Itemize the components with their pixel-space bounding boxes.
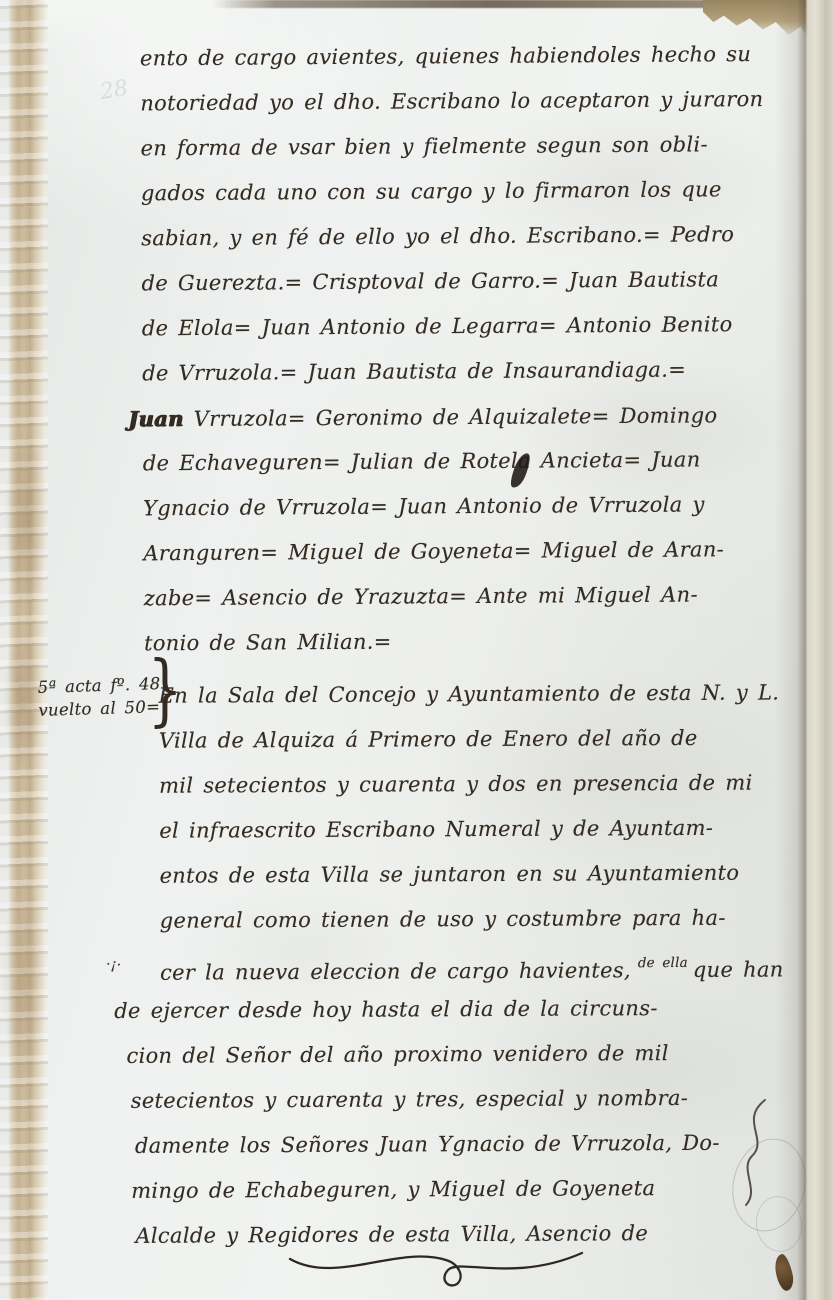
interlinear-insertion: de ella: [638, 955, 688, 971]
manuscript-line: ento de cargo avientes, quienes habiendo…: [140, 32, 808, 82]
manuscript-line: general como tienen de uso y costumbre p…: [160, 895, 810, 943]
faint-page-number: 28: [98, 76, 130, 105]
margin-note-line: vuelto al 50=: [38, 695, 162, 722]
manuscript-line: cion del Señor del año proximo venidero …: [126, 1030, 810, 1079]
manuscript-line: de Vrruzola.= Juan Bautista de Insaurand…: [142, 347, 810, 397]
manuscript-line: tonio de San Milian.=: [144, 617, 812, 667]
manuscript-text-block-acta5: En la Sala del Concejo y Ayuntamiento de…: [158, 670, 811, 1258]
margin-note-acta-reference: 5ª acta fº. 48 vuelto al 50=: [37, 672, 161, 722]
manuscript-line: Aranguren= Miguel de Goyeneta= Miguel de…: [143, 527, 811, 577]
manuscript-line: gados cada uno con su cargo y lo firmaro…: [141, 167, 809, 217]
manuscript-line: zabe= Asencio de Yrazuzta= Ante mi Migue…: [144, 572, 812, 622]
manuscript-line: Villa de Alquiza á Primero de Enero del …: [159, 715, 809, 763]
manuscript-line: cer la nueva eleccion de cargo havientes…: [160, 940, 810, 988]
manuscript-line: damente los Señores Juan Ygnacio de Vrru…: [135, 1120, 811, 1169]
manuscript-line: el infraescrito Escribano Numeral y de A…: [159, 805, 809, 853]
manuscript-line: en forma de vsar bien y fielmente segun …: [140, 122, 808, 172]
manuscript-line: notoriedad yo el dho. Escribano lo acept…: [140, 77, 808, 127]
manuscript-line: setecientos y cuarenta y tres, especial …: [131, 1075, 811, 1124]
book-binding-edge: [0, 0, 48, 1300]
manuscript-text-block-1: ento de cargo avientes, quienes habiendo…: [140, 32, 812, 667]
manuscript-line: entos de esta Villa se juntaron en su Ay…: [159, 850, 809, 898]
manuscript-line: Juan Vrruzola= Geronimo de Alquizalete= …: [128, 392, 810, 442]
manuscript-line-part: que han: [693, 957, 784, 981]
manuscript-line: de ejercer desde hoy hasta el dia de la …: [114, 985, 810, 1034]
manuscript-line-part: cer la nueva eleccion de cargo havientes…: [160, 958, 631, 984]
flourish-swash: [286, 1241, 586, 1296]
manuscript-line-rest: Vrruzola= Geronimo de Alquizalete= Domin…: [184, 403, 718, 431]
manuscript-line: En la Sala del Concejo y Ayuntamiento de…: [158, 670, 808, 718]
manuscript-line: de Echaveguren= Julian de Rotela Ancieta…: [143, 437, 811, 487]
manuscript-line: Ygnacio de Vrruzola= Juan Antonio de Vrr…: [143, 482, 811, 532]
manuscript-page-scan: 28 ento de cargo avientes, quienes habie…: [0, 0, 833, 1300]
manuscript-line: mingo de Echabeguren, y Miguel de Goyene…: [131, 1165, 811, 1214]
manuscript-line: de Guerezta.= Crisptoval de Garro.= Juan…: [141, 257, 809, 307]
manuscript-line: de Elola= Juan Antonio de Legarra= Anton…: [142, 302, 810, 352]
manuscript-line: mil setecientos y cuarenta y dos en pres…: [159, 760, 809, 808]
margin-tick-mark: ·¡·: [105, 956, 122, 973]
manuscript-word-overwritten: Juan: [128, 406, 183, 431]
manuscript-line: sabian, y en fé de ello yo el dho. Escri…: [141, 212, 809, 262]
